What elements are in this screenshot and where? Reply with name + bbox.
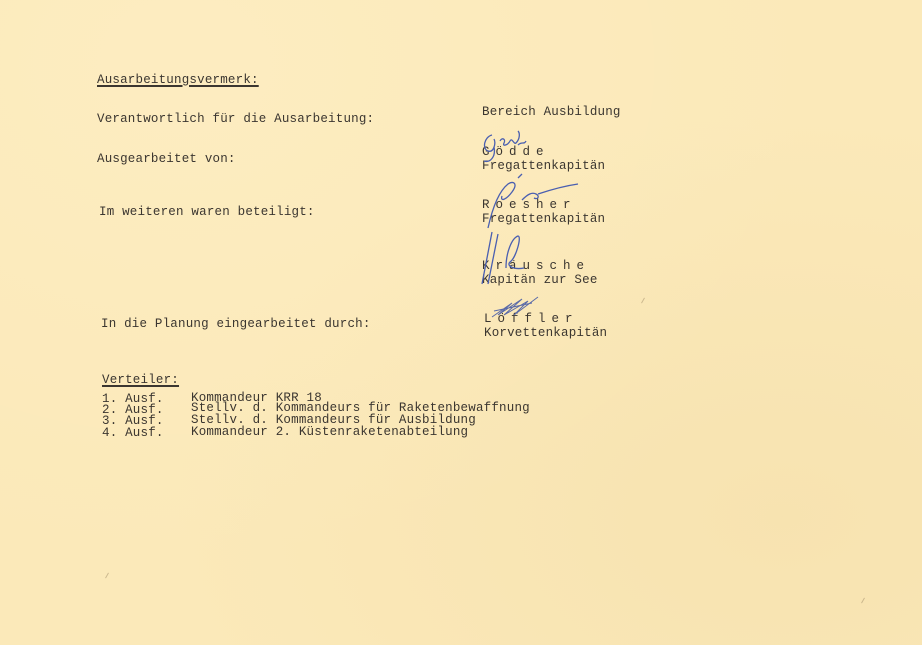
responsible-value: Bereich Ausbildung <box>482 105 621 119</box>
participant-1-rank: Fregattenkapitän <box>482 212 605 226</box>
distribution-heading: Verteiler: <box>102 373 179 387</box>
planning-label: In die Planung eingearbeitet durch: <box>101 317 371 331</box>
participant-2-name: Kräusche <box>482 259 590 273</box>
planning-rank: Korvettenkapitän <box>484 326 607 340</box>
paper-speck <box>641 298 645 304</box>
participant-1-name: Roesher <box>482 198 577 212</box>
distribution-recipient: Kommandeur 2. Küstenraketenabteilung <box>191 425 468 439</box>
paper-speck <box>861 598 865 604</box>
responsible-label: Verantwortlich für die Ausarbeitung: <box>97 112 374 126</box>
prepared-by-rank: Fregattenkapitän <box>482 159 605 173</box>
planning-name: Löffler <box>484 312 579 326</box>
participants-label: Im weiteren waren beteiligt: <box>99 205 315 219</box>
prepared-by-label: Ausgearbeitet von: <box>97 152 236 166</box>
paper-speck <box>105 573 109 579</box>
distribution-copy: 4. Ausf. <box>102 426 164 440</box>
prepared-by-name: Gödde <box>482 145 550 159</box>
document-heading: Ausarbeitungsvermerk: <box>97 73 259 87</box>
participant-2-rank: Kapitän zur See <box>482 273 598 287</box>
